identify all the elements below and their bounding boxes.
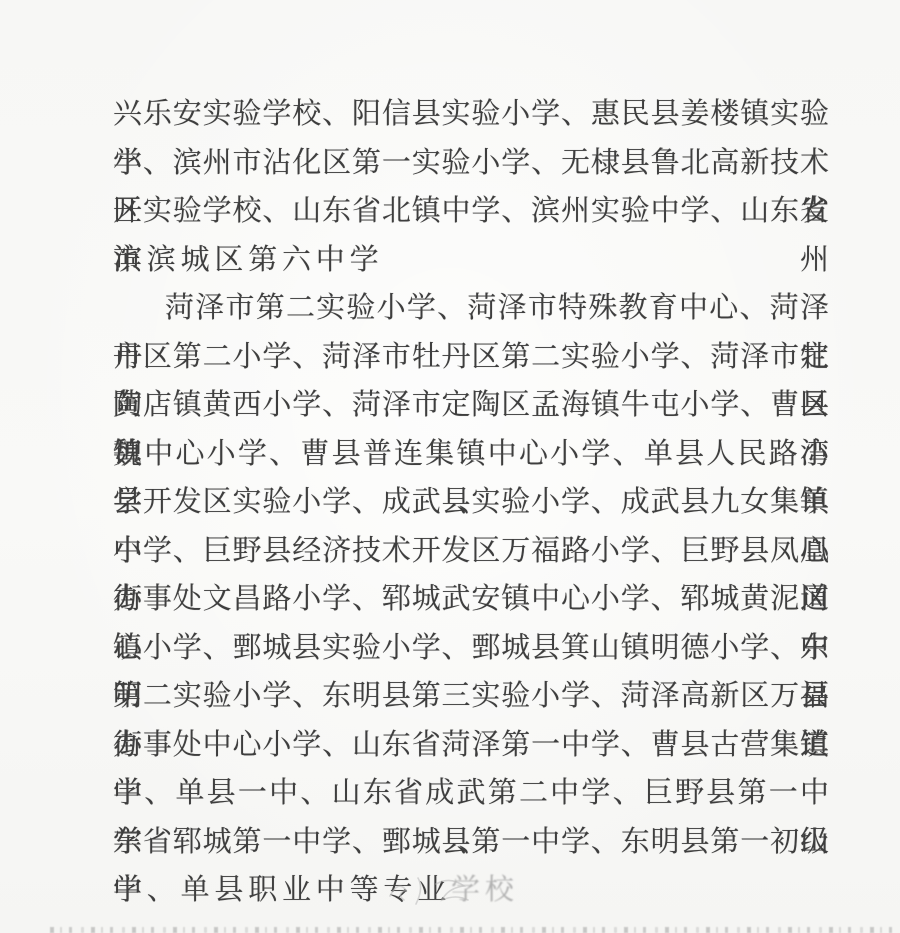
faded-text: 学校 xyxy=(451,874,519,906)
text-line: 菏泽市第二实验小学、菏泽市特殊教育中心、菏泽市牡 xyxy=(113,284,829,333)
text-line: 黄店镇黄西小学、菏泽市定陶区孟海镇牛屯小学、曹县魏湾 xyxy=(113,381,829,430)
page-bottom-cutoff xyxy=(50,925,894,933)
text-line: 镇中心小学、曹县普连集镇中心小学、单县人民路小学、单 xyxy=(113,430,829,479)
paragraph-schools-binzhou: 兴乐安实验学校、阳信县实验小学、惠民县姜楼镇实验小 学、滨州市沾化区第一实验小学… xyxy=(113,90,829,284)
text-line: 学、滨州市沾化区第一实验小学、无棣县鲁北高新技术开发 xyxy=(113,139,829,188)
text-line: 县开发区实验小学、成武县实验小学、成武县九女集镇中心 xyxy=(113,478,829,527)
text-line: 心小学、鄄城县实验小学、鄄城县箕山镇明德小学、东明县 xyxy=(113,624,829,673)
text-line: 丹区第二小学、菏泽市牡丹区第二实验小学、菏泽市定陶区 xyxy=(113,333,829,382)
text-line: 第二实验小学、东明县第三实验小学、菏泽高新区万福街道 xyxy=(113,672,829,721)
text-line: 区实验学校、山东省北镇中学、滨州实验中学、山东省滨州 xyxy=(113,187,829,236)
text-line: 小学、巨野县经济技术开发区万福路小学、巨野县凤凰街道 xyxy=(113,527,829,576)
last-line-text: 学、单县职业中等专业 xyxy=(113,874,451,906)
text-line: 办事处中心小学、山东省菏泽第一中学、曹县古营集镇中 xyxy=(113,721,829,770)
text-line: 学、单县一中、山东省成武第二中学、巨野县第一中学、山 xyxy=(113,769,829,818)
text-line: 学、单县职业中等专业学校 xyxy=(113,866,829,915)
text-block: 兴乐安实验学校、阳信县实验小学、惠民县姜楼镇实验小 学、滨州市沾化区第一实验小学… xyxy=(113,90,829,915)
text-line: 办事处文昌路小学、郓城武安镇中心小学、郓城黄泥冈镇中 xyxy=(113,575,829,624)
text-line: 东省郓城第一中学、鄄城县第一中学、东明县第一初级中 xyxy=(113,818,829,867)
text-line: 兴乐安实验学校、阳信县实验小学、惠民县姜楼镇实验小 xyxy=(113,90,829,139)
scanned-page: 兴乐安实验学校、阳信县实验小学、惠民县姜楼镇实验小 学、滨州市沾化区第一实验小学… xyxy=(0,0,900,933)
paragraph-schools-heze: 菏泽市第二实验小学、菏泽市特殊教育中心、菏泽市牡 丹区第二小学、菏泽市牡丹区第二… xyxy=(113,284,829,915)
